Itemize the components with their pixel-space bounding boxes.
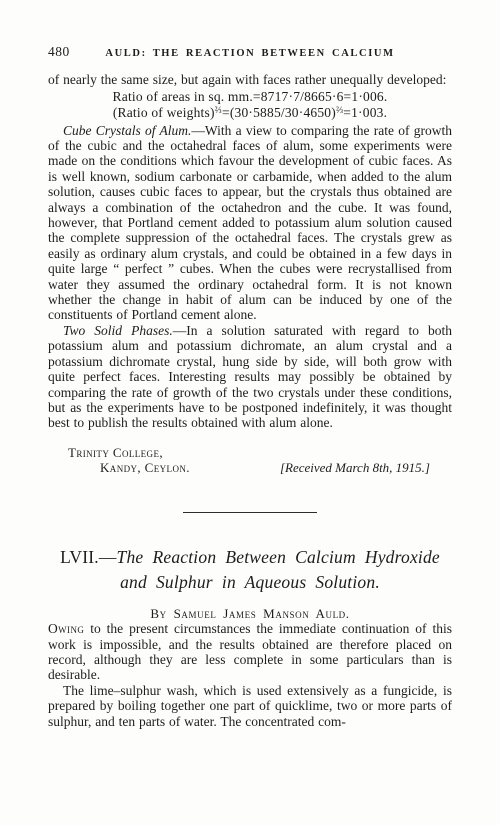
- paragraph-lime-sulphur: The lime–sulphur wash, which is used ext…: [48, 683, 452, 729]
- new-article: LVII.—The Reaction Between Calcium Hydro…: [48, 545, 452, 729]
- previous-article-end: of nearly the same size, but again with …: [48, 72, 452, 476]
- two-solid-phases-body: —In a solution saturated with regard to …: [48, 323, 452, 430]
- equation-ratio-areas: Ratio of areas in sq. mm.=8717·7/8665·6=…: [48, 89, 452, 105]
- equation-weights-part2: =(30·5885/30·4650): [222, 105, 336, 120]
- article-number: LVII.—: [60, 547, 116, 567]
- equations-block: Ratio of areas in sq. mm.=8717·7/8665·6=…: [48, 89, 452, 120]
- equation-ratio-weights: (Ratio of weights)⅔=(30·5885/30·4650)⅔=1…: [48, 105, 452, 121]
- owing-body: to the present circumstances the immedia…: [48, 621, 452, 682]
- signature-address: Trinity College, Kandy, Ceylon.: [68, 445, 190, 476]
- signature-block: Trinity College, Kandy, Ceylon. [Receive…: [48, 445, 452, 476]
- journal-page: 480 AULD: THE REACTION BETWEEN CALCIUM o…: [0, 0, 500, 825]
- article-title-text: The Reaction Between Calcium Hydroxide a…: [117, 547, 440, 592]
- paragraph-cube-crystals: Cube Crystals of Alum.—With a view to co…: [48, 123, 452, 323]
- signature-institution: Trinity College,: [68, 445, 190, 461]
- paragraph-continuation: of nearly the same size, but again with …: [48, 72, 452, 87]
- equation-weights-part1: (Ratio of weights): [113, 105, 215, 120]
- article-title: LVII.—The Reaction Between Calcium Hydro…: [48, 545, 452, 595]
- article-byline: By Samuel James Manson Auld.: [48, 606, 452, 621]
- equation-weights-part3: =1·003.: [343, 105, 387, 120]
- two-solid-phases-lead: Two Solid Phases.: [63, 323, 173, 338]
- cube-crystals-body: —With a view to comparing the rate of gr…: [48, 123, 452, 323]
- section-divider: [183, 512, 317, 513]
- running-title: AULD: THE REACTION BETWEEN CALCIUM: [48, 46, 452, 61]
- paragraph-owing: Owing to the present circumstances the i…: [48, 621, 452, 683]
- paragraph-two-solid-phases: Two Solid Phases.—In a solution saturate…: [48, 323, 452, 431]
- cube-crystals-lead: Cube Crystals of Alum.: [63, 123, 191, 138]
- received-date: [Received March 8th, 1915.]: [280, 460, 430, 475]
- signature-location: Kandy, Ceylon.: [68, 460, 190, 476]
- page-header: 480 AULD: THE REACTION BETWEEN CALCIUM: [48, 44, 452, 60]
- owing-lead-word: Owing: [48, 621, 84, 636]
